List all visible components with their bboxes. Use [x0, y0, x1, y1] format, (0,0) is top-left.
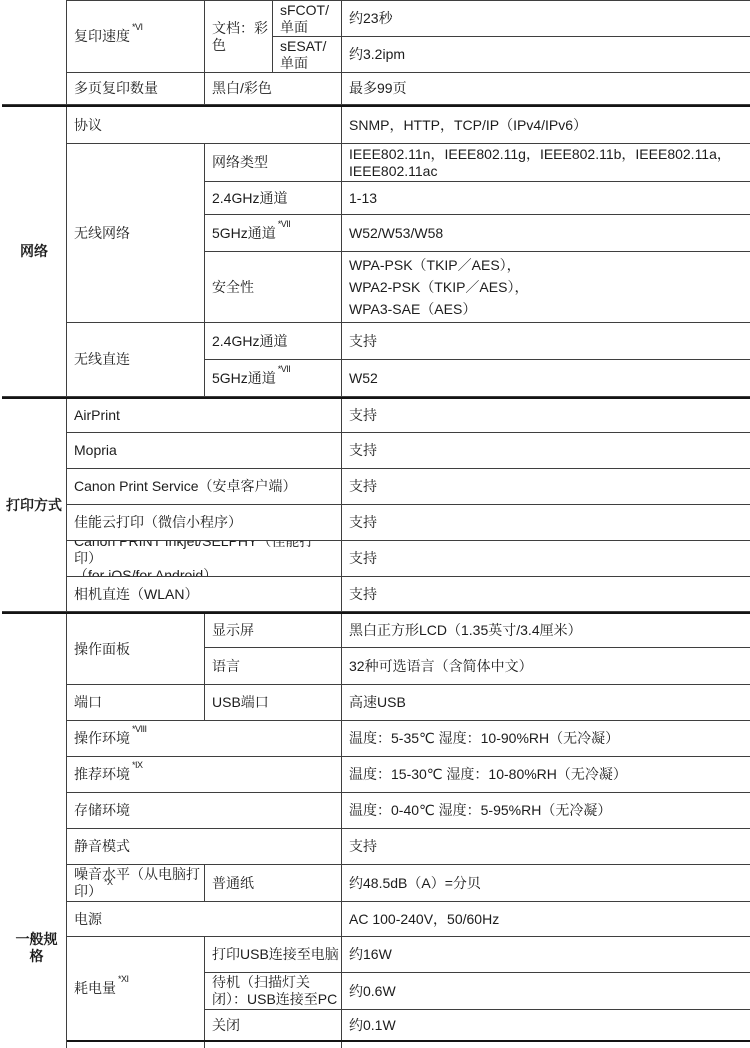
cell-print-usb-value: 约16W	[342, 937, 750, 973]
cell-cloud-print-label: 佳能云打印（微信小程序）	[67, 505, 342, 541]
cell-power-label: 电源	[67, 902, 342, 937]
cell-airprint-label: AirPrint	[67, 399, 342, 433]
cell-display-value: 黑白正方形LCD（1.35英寸/3.4厘米）	[342, 614, 750, 648]
cell-display-key: 显示屏	[205, 614, 342, 648]
section-label-general: 一般规格	[2, 614, 67, 1048]
cell-mopria-label: Mopria	[67, 433, 342, 469]
cell-recommended-env-value: 温度：15-30℃ 湿度：10-80%RH（无冷凝）	[342, 757, 750, 793]
cell-usb-port-value: 高速USB	[342, 685, 750, 721]
cell-section-empty	[2, 0, 67, 105]
cell-multi-copy-mode: 黑白/彩色	[205, 73, 342, 105]
cell-sesat-key: sESAT/单面	[273, 37, 342, 73]
cell-multi-copy-value: 最多99页	[342, 73, 750, 105]
section-divider-print-general	[2, 612, 750, 614]
cell-language-value: 32种可选语言（含简体中文）	[342, 648, 750, 685]
cell-sesat-value: 约3.2ipm	[342, 37, 750, 73]
cell-panel-label: 操作面板	[67, 614, 205, 685]
footnote-marker: *IX	[132, 760, 143, 770]
cell-noise-value: 约48.5dB（A）=分贝	[342, 865, 750, 902]
cell-off-value: 约0.1W	[342, 1010, 750, 1041]
footnote-marker: *VIII	[132, 724, 147, 734]
cell-canon-print-service-label: Canon Print Service（安卓客户端）	[67, 469, 342, 505]
cell-operating-env-value: 温度：5-35℃ 湿度：10-90%RH（无冷凝）	[342, 721, 750, 757]
footnote-marker: *VII	[278, 364, 291, 374]
cell-quiet-mode-value: 支持	[342, 829, 750, 865]
cell-canon-print-service-value: 支持	[342, 469, 750, 505]
section-divider-copy-network	[2, 105, 750, 107]
section-divider-network-print	[2, 397, 750, 399]
cell-5ghz-key: 5GHz通道*VII	[205, 215, 342, 252]
cell-noise-key: 普通纸	[205, 865, 342, 902]
cell-direct-5ghz-value: W52	[342, 360, 750, 397]
cell-next-row-partial-v	[342, 1042, 750, 1048]
cell-next-row-partial-c	[205, 1042, 342, 1048]
cell-security-key: 安全性	[205, 252, 342, 323]
cell-port-label: 端口	[67, 685, 205, 721]
section-label-network: 网络	[2, 107, 67, 397]
cell-direct-label: 无线直连	[67, 323, 205, 397]
footnote-marker: *X	[104, 877, 113, 887]
cell-airprint-value: 支持	[342, 399, 750, 433]
cell-multi-copy-label: 多页复印数量	[67, 73, 205, 105]
cell-usb-port-key: USB端口	[205, 685, 342, 721]
spec-table: 复印速度*VI 文档：彩色 sFCOT/单面 约23秒 sESAT/单面 约3.…	[0, 0, 750, 1048]
cell-sfcot-value: 约23秒	[342, 1, 750, 37]
cell-security-value: WPA-PSK（TKIP／AES）， WPA2-PSK（TKIP／AES）， W…	[342, 252, 750, 323]
cell-operating-env-label: 操作环境*VIII	[67, 721, 342, 757]
cell-standby-key: 待机（扫描灯关闭）：USB连接至PC	[205, 973, 342, 1010]
footnote-marker: *XI	[118, 974, 129, 984]
cell-direct-24ghz-key: 2.4GHz通道	[205, 323, 342, 360]
cell-direct-5ghz-key: 5GHz通道*VII	[205, 360, 342, 397]
cell-protocol-label: 协议	[67, 107, 342, 144]
footnote-marker: *VI	[132, 22, 143, 32]
cell-5ghz-value: W52/W53/W58	[342, 215, 750, 252]
cell-next-row-partial-b	[67, 1042, 205, 1048]
cell-cloud-print-value: 支持	[342, 505, 750, 541]
cell-network-type-key: 网络类型	[205, 144, 342, 182]
cell-quiet-mode-label: 静音模式	[67, 829, 342, 865]
cell-print-usb-key: 打印USB连接至电脑	[205, 937, 342, 973]
cell-consumption-label: 耗电量*XI	[67, 937, 205, 1041]
cell-recommended-env-label: 推荐环境*IX	[67, 757, 342, 793]
cell-storage-env-value: 温度：0-40℃ 湿度：5-95%RH（无冷凝）	[342, 793, 750, 829]
cell-camera-direct-value: 支持	[342, 577, 750, 612]
cell-protocol-value: SNMP，HTTP，TCP/IP（IPv4/IPv6）	[342, 107, 750, 144]
cell-wireless-label: 无线网络	[67, 144, 205, 323]
cell-storage-env-label: 存储环境	[67, 793, 342, 829]
cell-camera-direct-label: 相机直连（WLAN）	[67, 577, 342, 612]
cell-network-type-value: IEEE802.11n，IEEE802.11g，IEEE802.11b，IEEE…	[342, 144, 750, 182]
cell-noise-label: 噪音水平（从电脑打印）*X	[67, 865, 205, 902]
cell-copy-speed-label: 复印速度*VI	[67, 1, 205, 73]
cell-off-key: 关闭	[205, 1010, 342, 1041]
divider-consumption-bottom	[67, 1040, 750, 1042]
cell-power-value: AC 100-240V，50/60Hz	[342, 902, 750, 937]
cell-24ghz-value: 1-13	[342, 182, 750, 215]
cell-doc-color-label: 文档：彩色	[205, 1, 273, 73]
cell-canon-print-inkjet-value: 支持	[342, 541, 750, 577]
footnote-marker: *VII	[278, 219, 291, 229]
cell-canon-print-inkjet-label: Canon PRINT Inkjet/SELPHY（佳能打印） （for iOS…	[67, 541, 342, 577]
cell-24ghz-key: 2.4GHz通道	[205, 182, 342, 215]
cell-direct-24ghz-value: 支持	[342, 323, 750, 360]
cell-sfcot-key: sFCOT/单面	[273, 1, 342, 37]
section-label-print: 打印方式	[2, 399, 67, 612]
cell-standby-value: 约0.6W	[342, 973, 750, 1010]
cell-language-key: 语言	[205, 648, 342, 685]
cell-mopria-value: 支持	[342, 433, 750, 469]
